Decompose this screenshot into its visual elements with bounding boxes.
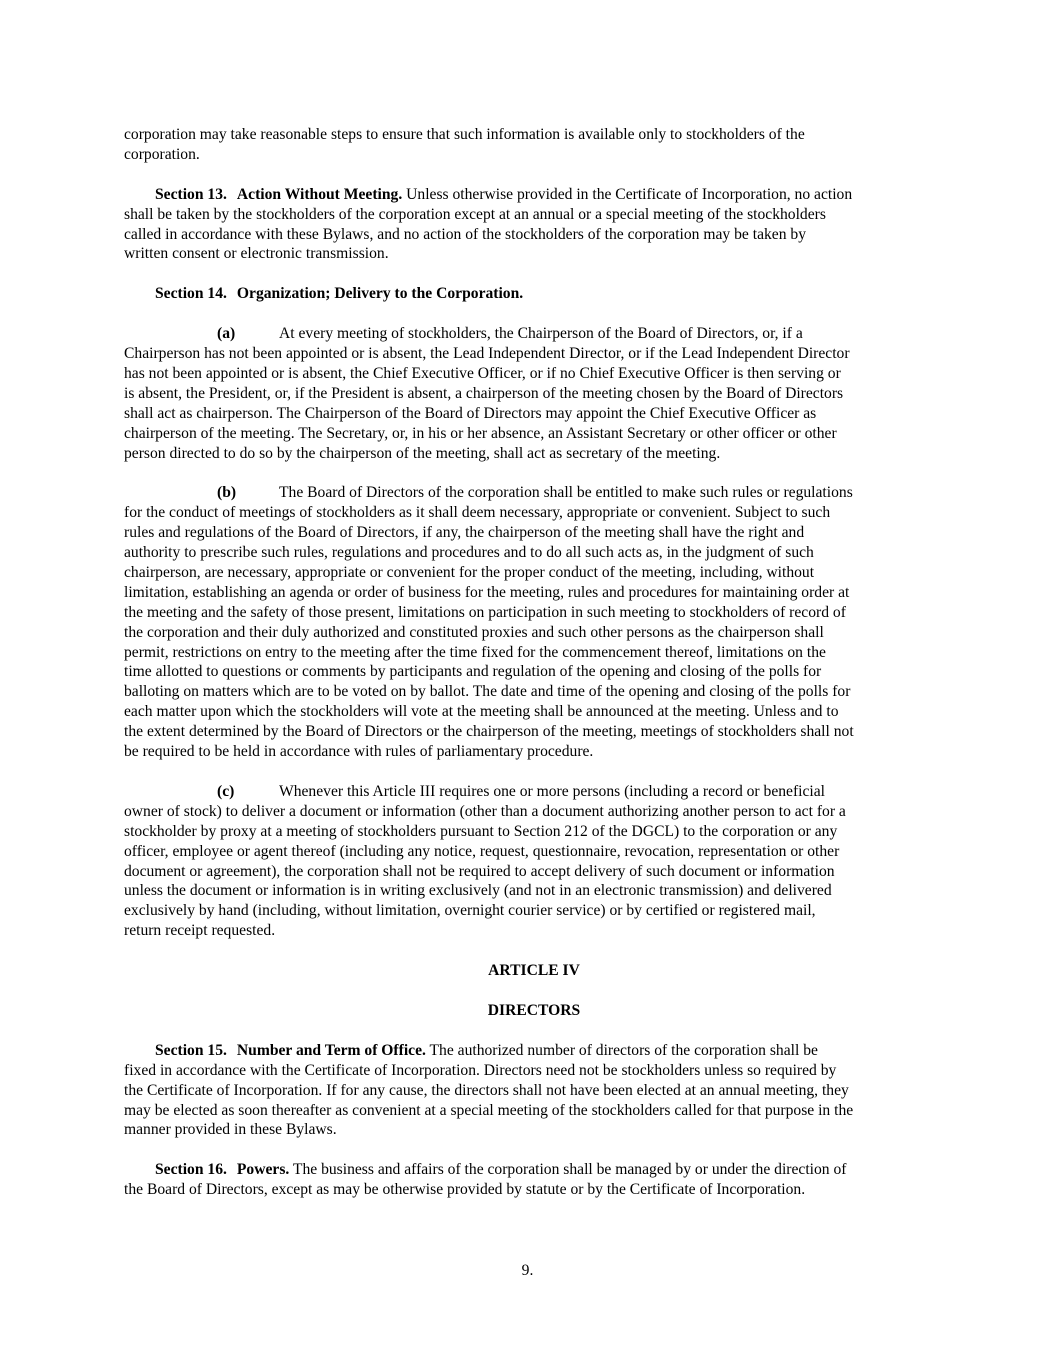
text-line: chairperson of the meeting. The Secretar… — [124, 424, 944, 444]
article-title-block: DIRECTORS — [124, 1001, 944, 1021]
text-line: exclusively by hand (including, without … — [124, 901, 944, 921]
subsection-b: (b)The Board of Directors of the corpora… — [124, 483, 944, 761]
text-line: Chairperson has not been appointed or is… — [124, 344, 944, 364]
text-run: Whenever this Article III requires one o… — [279, 783, 825, 800]
text-run: The business and affairs of the corporat… — [289, 1161, 846, 1178]
text-line: fixed in accordance with the Certificate… — [124, 1061, 944, 1081]
text-run: At every meeting of stockholders, the Ch… — [279, 325, 803, 342]
text-line: called in accordance with these Bylaws, … — [124, 225, 944, 245]
subsection-c: (c)Whenever this Article III requires on… — [124, 782, 944, 941]
section-14-heading: Section 14.Organization; Delivery to the… — [124, 284, 944, 304]
text-line: corporation. — [124, 145, 944, 165]
section-heading: Organization; Delivery to the Corporatio… — [237, 285, 523, 302]
text-line: permit, restrictions on entry to the mee… — [124, 643, 944, 663]
text-line: the extent determined by the Board of Di… — [124, 722, 944, 742]
text-line: return receipt requested. — [124, 921, 944, 941]
text-line: the Board of Directors, except as may be… — [124, 1180, 944, 1200]
text-line: the corporation and their duly authorize… — [124, 623, 944, 643]
article-number: ARTICLE IV — [124, 961, 944, 981]
document-page: corporation may take reasonable steps to… — [124, 125, 944, 1220]
subsection-label: (c) — [217, 782, 279, 802]
text-line: be required to be held in accordance wit… — [124, 742, 944, 762]
section-16: Section 16.Powers. The business and affa… — [124, 1160, 944, 1200]
text-line: manner provided in these Bylaws. — [124, 1120, 944, 1140]
text-run: The Board of Directors of the corporatio… — [279, 484, 853, 501]
text-line: rules and regulations of the Board of Di… — [124, 523, 944, 543]
subsection-label: (a) — [217, 324, 279, 344]
text-line: shall act as chairperson. The Chairperso… — [124, 404, 944, 424]
text-line: person directed to do so by the chairper… — [124, 444, 944, 464]
section-number: Section 14. — [155, 285, 227, 302]
section-15: Section 15.Number and Term of Office. Th… — [124, 1041, 944, 1140]
section-number: Section 15. — [155, 1042, 227, 1059]
text-line: shall be taken by the stockholders of th… — [124, 205, 944, 225]
article-heading: ARTICLE IV — [124, 961, 944, 981]
text-line: balloting on matters which are to be vot… — [124, 682, 944, 702]
section-number: Section 13. — [155, 186, 227, 203]
subsection-label: (b) — [217, 483, 279, 503]
section-heading: Powers. — [237, 1161, 289, 1178]
text-run: The authorized number of directors of th… — [426, 1042, 818, 1059]
text-line: each matter upon which the stockholders … — [124, 702, 944, 722]
subsection-a: (a)At every meeting of stockholders, the… — [124, 324, 944, 463]
text-run: Unless otherwise provided in the Certifi… — [402, 186, 852, 203]
text-line: corporation may take reasonable steps to… — [124, 125, 944, 145]
section-number: Section 16. — [155, 1161, 227, 1178]
text-line: time allotted to questions or comments b… — [124, 662, 944, 682]
text-line: has not been appointed or is absent, the… — [124, 364, 944, 384]
text-line: owner of stock) to deliver a document or… — [124, 802, 944, 822]
text-line: written consent or electronic transmissi… — [124, 244, 944, 264]
text-line: the meeting and the safety of those pres… — [124, 603, 944, 623]
section-heading: Action Without Meeting. — [237, 186, 402, 203]
text-line: may be elected as soon thereafter as con… — [124, 1101, 944, 1121]
section-heading: Number and Term of Office. — [237, 1042, 426, 1059]
text-line: document or agreement), the corporation … — [124, 862, 944, 882]
text-line: chairperson, are necessary, appropriate … — [124, 563, 944, 583]
intro-paragraph: corporation may take reasonable steps to… — [124, 125, 944, 165]
text-line: the Certificate of Incorporation. If for… — [124, 1081, 944, 1101]
text-line: unless the document or information is in… — [124, 881, 944, 901]
text-line: for the conduct of meetings of stockhold… — [124, 503, 944, 523]
page-number: 9. — [0, 1262, 1055, 1280]
text-line: is absent, the President, or, if the Pre… — [124, 384, 944, 404]
text-line: authority to prescribe such rules, regul… — [124, 543, 944, 563]
text-line: limitation, establishing an agenda or or… — [124, 583, 944, 603]
section-13: Section 13.Action Without Meeting. Unles… — [124, 185, 944, 265]
article-title: DIRECTORS — [124, 1001, 944, 1021]
text-line: stockholder by proxy at a meeting of sto… — [124, 822, 944, 842]
text-line: officer, employee or agent thereof (incl… — [124, 842, 944, 862]
